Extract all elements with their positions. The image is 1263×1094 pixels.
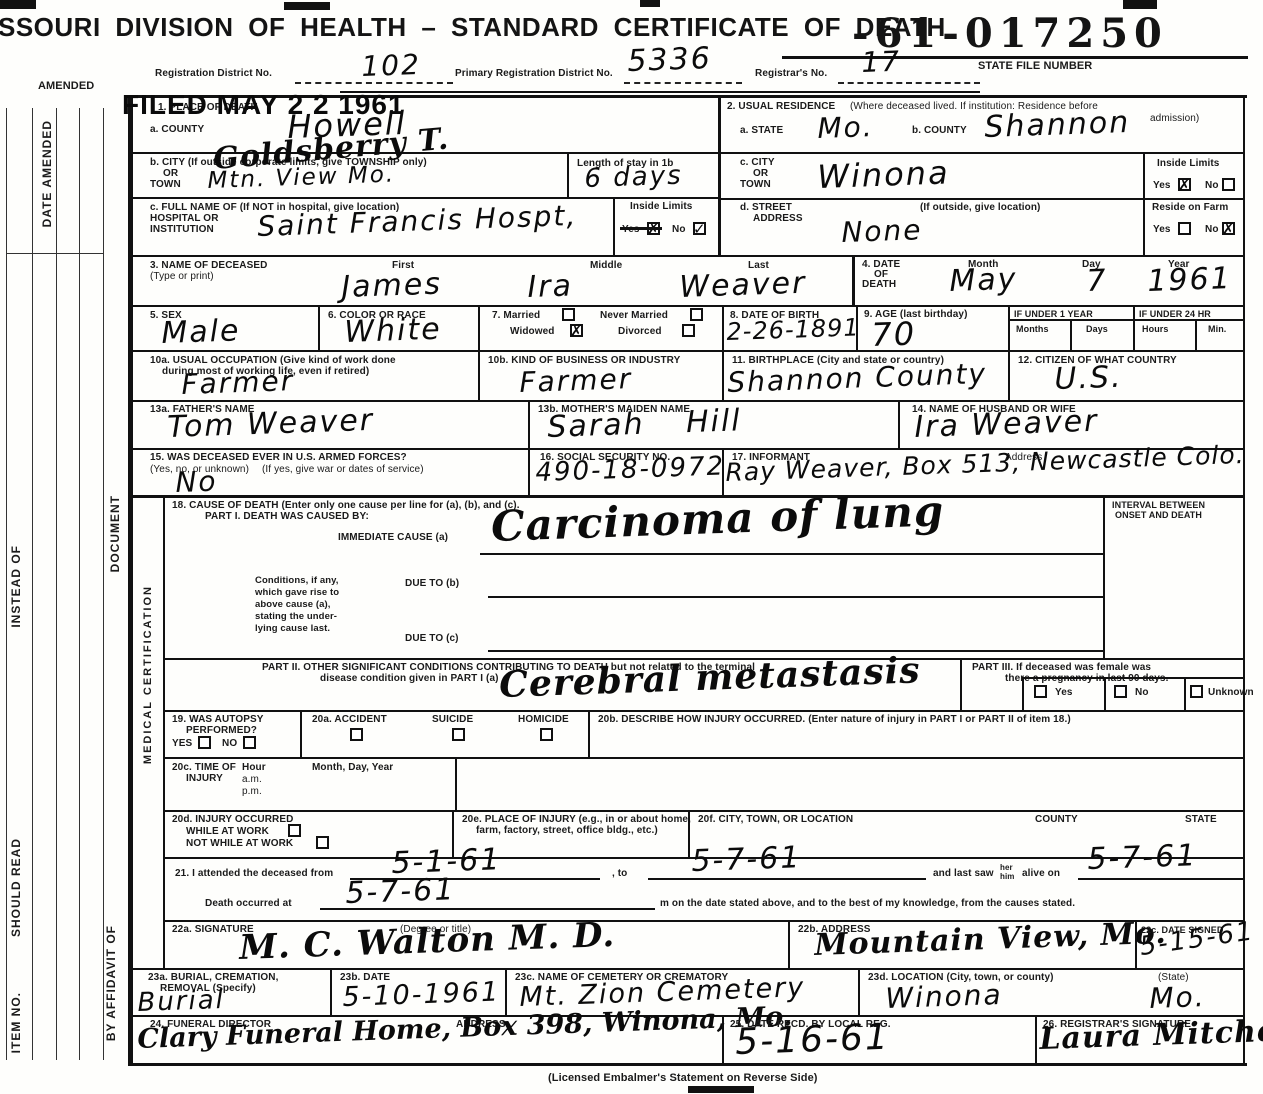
cell-border xyxy=(856,305,858,352)
cell-border xyxy=(300,710,302,757)
suicide-label: SUICIDE xyxy=(432,714,473,726)
street-label-2: ADDRESS xyxy=(753,213,803,225)
reg-district-value: 102 xyxy=(361,48,422,83)
autopsy-yes-checkbox xyxy=(198,736,211,749)
cell-border xyxy=(1135,920,1137,968)
res-city-town: TOWN xyxy=(740,179,771,191)
primary-district-label: Primary Registration District No. xyxy=(455,68,613,80)
margin-document: DOCUMENT xyxy=(108,495,122,572)
armed-forces-sub-2: (If yes, give war or dates of service) xyxy=(262,464,424,476)
cell-border xyxy=(528,400,530,448)
date-received-value: 5-16-61 xyxy=(735,1017,891,1063)
cell-border xyxy=(898,400,900,448)
burial-date-value: 5-10-1961 xyxy=(342,977,501,1013)
occupation-value: Farmer xyxy=(181,364,295,401)
due-to-c-label: DUE TO (c) xyxy=(405,633,459,645)
place-of-injury-label-2: farm, factory, street, office bldg., etc… xyxy=(476,825,658,837)
embalmer-note: (Licensed Embalmer's Statement on Revers… xyxy=(548,1072,818,1084)
inside-limits-no-checkbox-2c xyxy=(1222,178,1235,191)
mothers-maiden-name-value: Sarah Hill xyxy=(547,403,742,445)
cell-border xyxy=(722,305,724,352)
margin-rule xyxy=(56,108,57,1060)
cell-border xyxy=(588,710,590,757)
no-label-2c: No xyxy=(1205,180,1219,192)
conditions-note-1: Conditions, if any, xyxy=(255,575,339,587)
accident-label: 20a. ACCIDENT xyxy=(312,714,387,726)
pen-scribble xyxy=(620,227,662,230)
cell-border xyxy=(788,920,790,968)
conditions-note-3: above cause (a), xyxy=(255,599,331,611)
min-label: Min. xyxy=(1208,323,1226,335)
yes-label-1c: Yes xyxy=(622,224,640,236)
inside-limits-label-2c: Inside Limits xyxy=(1157,158,1219,170)
pm-label: p.m. xyxy=(242,786,262,798)
writing-line xyxy=(1078,878,1245,880)
margin-medical-certification: MEDICAL CERTIFICATION xyxy=(141,585,155,764)
cell-border xyxy=(688,810,690,857)
scan-artifact xyxy=(640,0,660,7)
cell-border xyxy=(722,448,724,495)
cell-border xyxy=(858,968,860,1015)
cell-border xyxy=(722,350,724,400)
last-saw-label: and last saw xyxy=(933,868,994,880)
writing-line xyxy=(488,596,1105,598)
middle-label: Middle xyxy=(590,260,622,272)
cell-border xyxy=(128,255,1245,257)
cell-border xyxy=(718,152,1243,154)
part2-label-2: disease condition given in PART I (a) xyxy=(320,673,499,685)
month-day-year-label: Month, Day, Year xyxy=(312,762,393,774)
cell-border xyxy=(1035,1015,1037,1063)
autopsy-no-checkbox xyxy=(243,736,256,749)
first-name-value: James xyxy=(341,267,443,305)
physician-address-value: Mountain View, Mo. xyxy=(814,916,1167,963)
pregnancy-unknown-checkbox xyxy=(1190,685,1203,698)
conditions-note-2: which gave rise to xyxy=(255,587,339,599)
margin-rule xyxy=(6,108,7,1060)
last-name-value: Weaver xyxy=(679,266,807,305)
not-while-at-work-checkbox xyxy=(316,836,329,849)
scan-artifact xyxy=(0,0,36,9)
never-married-label: Never Married xyxy=(600,310,668,322)
farm-no-label: No xyxy=(1205,224,1219,236)
scan-artifact xyxy=(1123,0,1157,9)
state-label: a. STATE xyxy=(740,125,783,137)
burial-value: Burial xyxy=(137,985,225,1018)
res-county-label: b. COUNTY xyxy=(912,125,967,137)
am-label: a.m. xyxy=(242,774,262,786)
type-or-print-label: (Type or print) xyxy=(150,271,214,283)
cell-border xyxy=(128,968,1245,970)
armed-forces-value: No xyxy=(175,465,218,499)
color-or-race-value: White xyxy=(344,312,442,350)
pregnancy-no-label: No xyxy=(1135,687,1149,699)
cell-border xyxy=(163,710,1245,712)
date-of-death-label-3: DEATH xyxy=(862,279,896,291)
inside-limits-no-checkbox-1c xyxy=(693,222,706,235)
cell-border xyxy=(1103,495,1105,658)
cell-border xyxy=(478,305,480,352)
cell-border xyxy=(1133,305,1135,352)
street-hint: (If outside, give location) xyxy=(920,202,1040,214)
cell-border xyxy=(330,968,332,1015)
pregnancy-yes-checkbox xyxy=(1034,685,1047,698)
death-day-value: 7 xyxy=(1086,263,1108,299)
cell-border xyxy=(1184,677,1186,710)
death-certificate-scan: SSOURI DIVISION OF HEALTH – STANDARD CER… xyxy=(0,0,1263,1094)
fathers-name-value: Tom Weaver xyxy=(167,403,375,445)
conditions-note-4: stating the under- xyxy=(255,611,337,623)
city-or-town-value: Mtn. View Mo. xyxy=(207,161,395,194)
last-alive-value: 5-7-61 xyxy=(1087,838,1198,877)
funeral-director-value: Clary Funeral Home, Box 398, Winona, Mo. xyxy=(137,1001,793,1055)
widowed-label: Widowed xyxy=(510,326,555,338)
physician-signature-value: M. C. Walton M. D. xyxy=(239,915,616,968)
cell-border xyxy=(1195,319,1197,352)
cell-border xyxy=(1008,350,1010,400)
margin-date-amended: DATE AMENDED xyxy=(40,120,54,227)
cell-border xyxy=(1133,319,1245,321)
pregnancy-unknown-label: Unknown xyxy=(1208,687,1254,699)
cell-border xyxy=(1008,305,1010,352)
res-county-value: Shannon xyxy=(984,105,1131,145)
cell-border xyxy=(528,448,530,495)
cell-border xyxy=(613,197,615,255)
death-occurred-label: Death occurred at xyxy=(205,898,292,910)
time-of-injury-label-2: INJURY xyxy=(186,773,223,785)
cell-border xyxy=(455,757,457,810)
divorced-label: Divorced xyxy=(618,326,662,338)
cell-border xyxy=(163,757,1245,759)
usual-residence-hint-2: admission) xyxy=(1150,113,1199,125)
pregnancy-yes-label: Yes xyxy=(1055,687,1073,699)
rule xyxy=(782,56,1248,59)
no-label-1c: No xyxy=(672,224,686,236)
husband-or-wife-value: Ira Weaver xyxy=(914,404,1099,445)
attended-from-label: 21. I attended the deceased from xyxy=(175,868,333,880)
farm-yes-checkbox xyxy=(1178,222,1191,235)
street-value: None xyxy=(841,213,923,249)
hospital-label-3: INSTITUTION xyxy=(150,224,214,236)
margin-should-read: SHOULD READ xyxy=(9,838,23,937)
injury-city-label: 20f. CITY, TOWN, OR LOCATION xyxy=(698,814,853,826)
injury-county-label: COUNTY xyxy=(1035,814,1078,826)
margin-by-affidavit-of: BY AFFIDAVIT OF xyxy=(104,925,118,1041)
part3-label-2: there a pregnancy in last 90 days. xyxy=(1005,673,1168,685)
farm-yes-label: Yes xyxy=(1153,224,1171,236)
cell-border xyxy=(505,968,507,1015)
date-of-birth-value: 2-26-1891 xyxy=(726,313,860,346)
hour-label: Hour xyxy=(242,762,266,774)
writing-line xyxy=(320,908,655,910)
cell-border xyxy=(478,350,480,400)
amended-label: AMENDED xyxy=(38,80,94,92)
death-year-value: 1961 xyxy=(1147,261,1233,299)
informant-value: Ray Weaver, Box 513, Newcastle Colo. xyxy=(725,440,1245,487)
days-label: Days xyxy=(1086,323,1108,335)
cell-border xyxy=(722,1015,724,1063)
hours-label: Hours xyxy=(1142,323,1169,335)
cell-border xyxy=(128,400,1245,402)
injury-state-label: STATE xyxy=(1185,814,1217,826)
length-of-stay-value: 6 days xyxy=(584,161,683,194)
burial-location-value: Winona xyxy=(885,978,1003,1015)
sex-value: Male xyxy=(161,313,241,351)
county-label: a. COUNTY xyxy=(150,124,204,136)
cell-border xyxy=(960,658,962,710)
cell-border xyxy=(1143,152,1145,257)
injury-occurred-label: 20d. INJURY OCCURRED xyxy=(172,814,293,826)
dotted-line xyxy=(624,82,742,84)
immediate-cause-label: IMMEDIATE CAUSE (a) xyxy=(338,532,448,544)
cell-border xyxy=(567,152,569,199)
registrar-no-label: Registrar's No. xyxy=(755,68,827,80)
margin-rule xyxy=(103,108,104,1060)
page-title: SSOURI DIVISION OF HEALTH – STANDARD CER… xyxy=(0,12,946,42)
attended-to-value: 5-7-61 xyxy=(691,840,802,879)
state-file-number-label: STATE FILE NUMBER xyxy=(978,60,1092,72)
him-label: him xyxy=(1000,871,1015,883)
due-to-b-label: DUE TO (b) xyxy=(405,578,459,590)
ssn-value: 490-18-0972 xyxy=(535,451,726,488)
city-or-town-label-3: TOWN xyxy=(150,179,181,191)
cell-border xyxy=(163,495,165,968)
never-married-checkbox xyxy=(690,308,703,321)
cell-border xyxy=(128,305,1245,307)
farm-no-checkbox xyxy=(1222,222,1235,235)
cell-border xyxy=(1104,677,1106,710)
autopsy-yes-label: YES xyxy=(172,738,192,750)
dotted-line xyxy=(838,82,980,84)
burial-state-value: Mo. xyxy=(1149,980,1206,1015)
interval-label-2: ONSET AND DEATH xyxy=(1115,509,1202,521)
months-label: Months xyxy=(1016,323,1049,335)
res-city-value: Winona xyxy=(817,153,951,196)
accident-checkbox xyxy=(350,728,363,741)
while-at-work-label: WHILE AT WORK xyxy=(186,826,269,838)
cell-border xyxy=(163,810,1245,812)
widowed-checkbox xyxy=(570,324,583,337)
age-value: 70 xyxy=(871,314,917,354)
homicide-checkbox xyxy=(540,728,553,741)
alive-on-label: alive on xyxy=(1022,868,1060,880)
writing-line xyxy=(648,878,926,880)
primary-district-value: 5336 xyxy=(627,41,713,79)
writing-line xyxy=(488,650,1105,652)
industry-value: Farmer xyxy=(519,362,633,399)
cell-border xyxy=(1022,677,1245,679)
reg-district-label: Registration District No. xyxy=(155,68,272,80)
while-at-work-checkbox xyxy=(288,824,301,837)
married-checkbox xyxy=(562,308,575,321)
death-occurred-value: 5-7-61 xyxy=(345,872,456,911)
form-border xyxy=(128,95,133,1065)
cell-border xyxy=(130,197,718,199)
margin-item-no: ITEM NO. xyxy=(9,992,23,1053)
suicide-checkbox xyxy=(452,728,465,741)
part1-label: PART I. DEATH WAS CAUSED BY: xyxy=(205,511,369,523)
rule xyxy=(340,91,980,93)
registrar-no-value: 17 xyxy=(861,45,902,79)
autopsy-no-label: NO xyxy=(222,738,237,750)
death-occurred-label-2: m on the date stated above, and to the b… xyxy=(660,898,1075,910)
margin-rule xyxy=(79,108,80,1060)
married-label: 7. Married xyxy=(492,310,540,322)
inside-limits-label-1c: Inside Limits xyxy=(630,201,692,213)
cell-border xyxy=(718,198,1243,200)
describe-injury-label: 20b. DESCRIBE HOW INJURY OCCURRED. (Ente… xyxy=(598,714,1071,726)
yes-label-2c: Yes xyxy=(1153,180,1171,192)
cell-border xyxy=(718,95,721,257)
scan-artifact xyxy=(688,1086,754,1093)
margin-rule xyxy=(6,253,103,254)
margin-instead-of: INSTEAD OF xyxy=(9,545,23,628)
cell-border xyxy=(852,255,855,305)
margin-rule xyxy=(32,108,33,1060)
form-border xyxy=(128,1063,1247,1066)
reside-on-farm-label: Reside on Farm xyxy=(1152,202,1228,214)
scan-artifact xyxy=(284,2,330,10)
attended-to-label: , to xyxy=(612,868,627,880)
inside-limits-yes-checkbox-2c xyxy=(1178,178,1191,191)
pregnancy-no-checkbox xyxy=(1114,685,1127,698)
death-month-value: May xyxy=(949,262,1018,299)
cell-border xyxy=(1070,319,1072,352)
conditions-note-5: lying cause last. xyxy=(255,623,330,635)
homicide-label: HOMICIDE xyxy=(518,714,569,726)
divorced-checkbox xyxy=(682,324,695,337)
cell-border xyxy=(318,305,320,352)
cell-border xyxy=(128,350,1245,352)
armed-forces-label: 15. WAS DECEASED EVER IN U.S. ARMED FORC… xyxy=(150,452,407,464)
state-value: Mo. xyxy=(817,110,874,145)
not-while-at-work-label: NOT WHILE AT WORK xyxy=(186,838,293,850)
writing-line xyxy=(480,553,1105,555)
middle-name-value: Ira xyxy=(527,268,574,305)
citizen-value: U.S. xyxy=(1054,360,1123,397)
cell-border xyxy=(1022,677,1024,710)
